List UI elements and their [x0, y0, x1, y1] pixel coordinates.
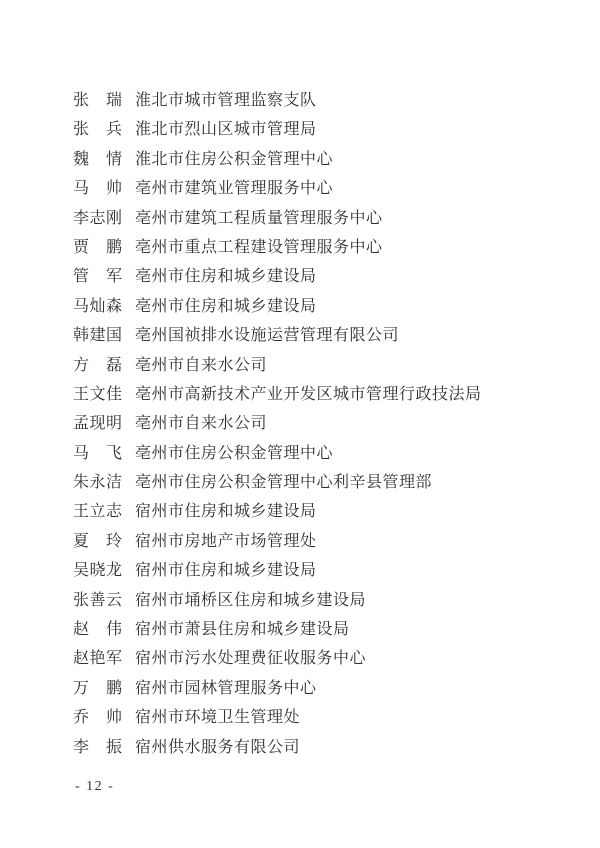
organization-name: 宿州市住房和城乡建设局	[135, 556, 317, 585]
organization-name: 淮北市城市管理监察支队	[135, 86, 317, 115]
person-name: 张 兵	[73, 115, 121, 144]
person-name: 魏 情	[73, 145, 121, 174]
organization-name: 亳州市建筑工程质量管理服务中心	[135, 204, 383, 233]
person-name: 乔 帅	[73, 703, 121, 732]
person-name: 李志刚	[73, 204, 121, 233]
organization-name: 亳州市重点工程建设管理服务中心	[135, 233, 383, 262]
person-name: 韩建国	[73, 321, 121, 350]
person-name: 赵 伟	[73, 615, 121, 644]
roster-row: 吴晓龙 宿州市住房和城乡建设局	[73, 556, 580, 585]
organization-name: 淮北市烈山区城市管理局	[135, 115, 317, 144]
organization-name: 宿州市住房和城乡建设局	[135, 497, 317, 526]
person-name: 张善云	[73, 586, 121, 615]
roster-row: 张 瑞 淮北市城市管理监察支队	[73, 86, 580, 115]
organization-name: 亳州市建筑业管理服务中心	[135, 174, 333, 203]
person-name: 马 飞	[73, 439, 121, 468]
roster-row: 马 飞 亳州市住房公积金管理中心	[73, 439, 580, 468]
roster-row: 朱永洁 亳州市住房公积金管理中心利辛县管理部	[73, 468, 580, 497]
roster-row: 马 帅 亳州市建筑业管理服务中心	[73, 174, 580, 203]
roster-row: 万 鹏 宿州市园林管理服务中心	[73, 674, 580, 703]
organization-name: 宿州市污水处理费征收服务中心	[135, 644, 366, 673]
organization-name: 宿州供水服务有限公司	[135, 733, 300, 762]
organization-name: 亳州市自来水公司	[135, 409, 267, 438]
person-name: 贾 鹏	[73, 233, 121, 262]
roster-row: 马灿森 亳州市住房和城乡建设局	[73, 292, 580, 321]
organization-name: 亳州市住房和城乡建设局	[135, 262, 317, 291]
organization-name: 宿州市房地产市场管理处	[135, 527, 317, 556]
organization-name: 宿州市园林管理服务中心	[135, 674, 317, 703]
roster-row: 王文佳 亳州市高新技术产业开发区城市管理行政技法局	[73, 380, 580, 409]
roster-row: 李志刚 亳州市建筑工程质量管理服务中心	[73, 204, 580, 233]
person-name: 朱永洁	[73, 468, 121, 497]
person-name: 方 磊	[73, 351, 121, 380]
roster-row: 王立志 宿州市住房和城乡建设局	[73, 497, 580, 526]
person-name: 孟现明	[73, 409, 121, 438]
person-name: 马 帅	[73, 174, 121, 203]
person-name: 吴晓龙	[73, 556, 121, 585]
roster-row: 李 振 宿州供水服务有限公司	[73, 733, 580, 762]
roster-row: 韩建国 亳州国祯排水设施运营管理有限公司	[73, 321, 580, 350]
organization-name: 亳州市高新技术产业开发区城市管理行政技法局	[135, 380, 482, 409]
organization-name: 宿州市环境卫生管理处	[135, 703, 300, 732]
roster-row: 张善云 宿州市埇桥区住房和城乡建设局	[73, 586, 580, 615]
roster-row: 方 磊 亳州市自来水公司	[73, 351, 580, 380]
roster-row: 夏 玲 宿州市房地产市场管理处	[73, 527, 580, 556]
roster-row: 管 军 亳州市住房和城乡建设局	[73, 262, 580, 291]
person-name: 李 振	[73, 733, 121, 762]
organization-name: 亳州市住房公积金管理中心	[135, 439, 333, 468]
page-number: - 12 -	[75, 777, 114, 797]
organization-name: 宿州市埇桥区住房和城乡建设局	[135, 586, 366, 615]
person-name: 万 鹏	[73, 674, 121, 703]
document-page: 张 瑞 淮北市城市管理监察支队 张 兵 淮北市烈山区城市管理局 魏 情 淮北市住…	[0, 0, 600, 848]
roster-row: 乔 帅 宿州市环境卫生管理处	[73, 703, 580, 732]
person-name: 张 瑞	[73, 86, 121, 115]
person-name: 管 军	[73, 262, 121, 291]
organization-name: 亳州市自来水公司	[135, 351, 267, 380]
roster-row: 赵 伟 宿州市萧县住房和城乡建设局	[73, 615, 580, 644]
organization-name: 亳州国祯排水设施运营管理有限公司	[135, 321, 399, 350]
recognition-roster: 张 瑞 淮北市城市管理监察支队 张 兵 淮北市烈山区城市管理局 魏 情 淮北市住…	[73, 86, 580, 762]
roster-row: 赵艳军 宿州市污水处理费征收服务中心	[73, 644, 580, 673]
organization-name: 宿州市萧县住房和城乡建设局	[135, 615, 350, 644]
person-name: 赵艳军	[73, 644, 121, 673]
roster-row: 贾 鹏 亳州市重点工程建设管理服务中心	[73, 233, 580, 262]
roster-row: 孟现明 亳州市自来水公司	[73, 409, 580, 438]
roster-row: 魏 情 淮北市住房公积金管理中心	[73, 145, 580, 174]
person-name: 王文佳	[73, 380, 121, 409]
roster-row: 张 兵 淮北市烈山区城市管理局	[73, 115, 580, 144]
organization-name: 亳州市住房和城乡建设局	[135, 292, 317, 321]
organization-name: 淮北市住房公积金管理中心	[135, 145, 333, 174]
person-name: 马灿森	[73, 292, 121, 321]
person-name: 夏 玲	[73, 527, 121, 556]
person-name: 王立志	[73, 497, 121, 526]
organization-name: 亳州市住房公积金管理中心利辛县管理部	[135, 468, 432, 497]
